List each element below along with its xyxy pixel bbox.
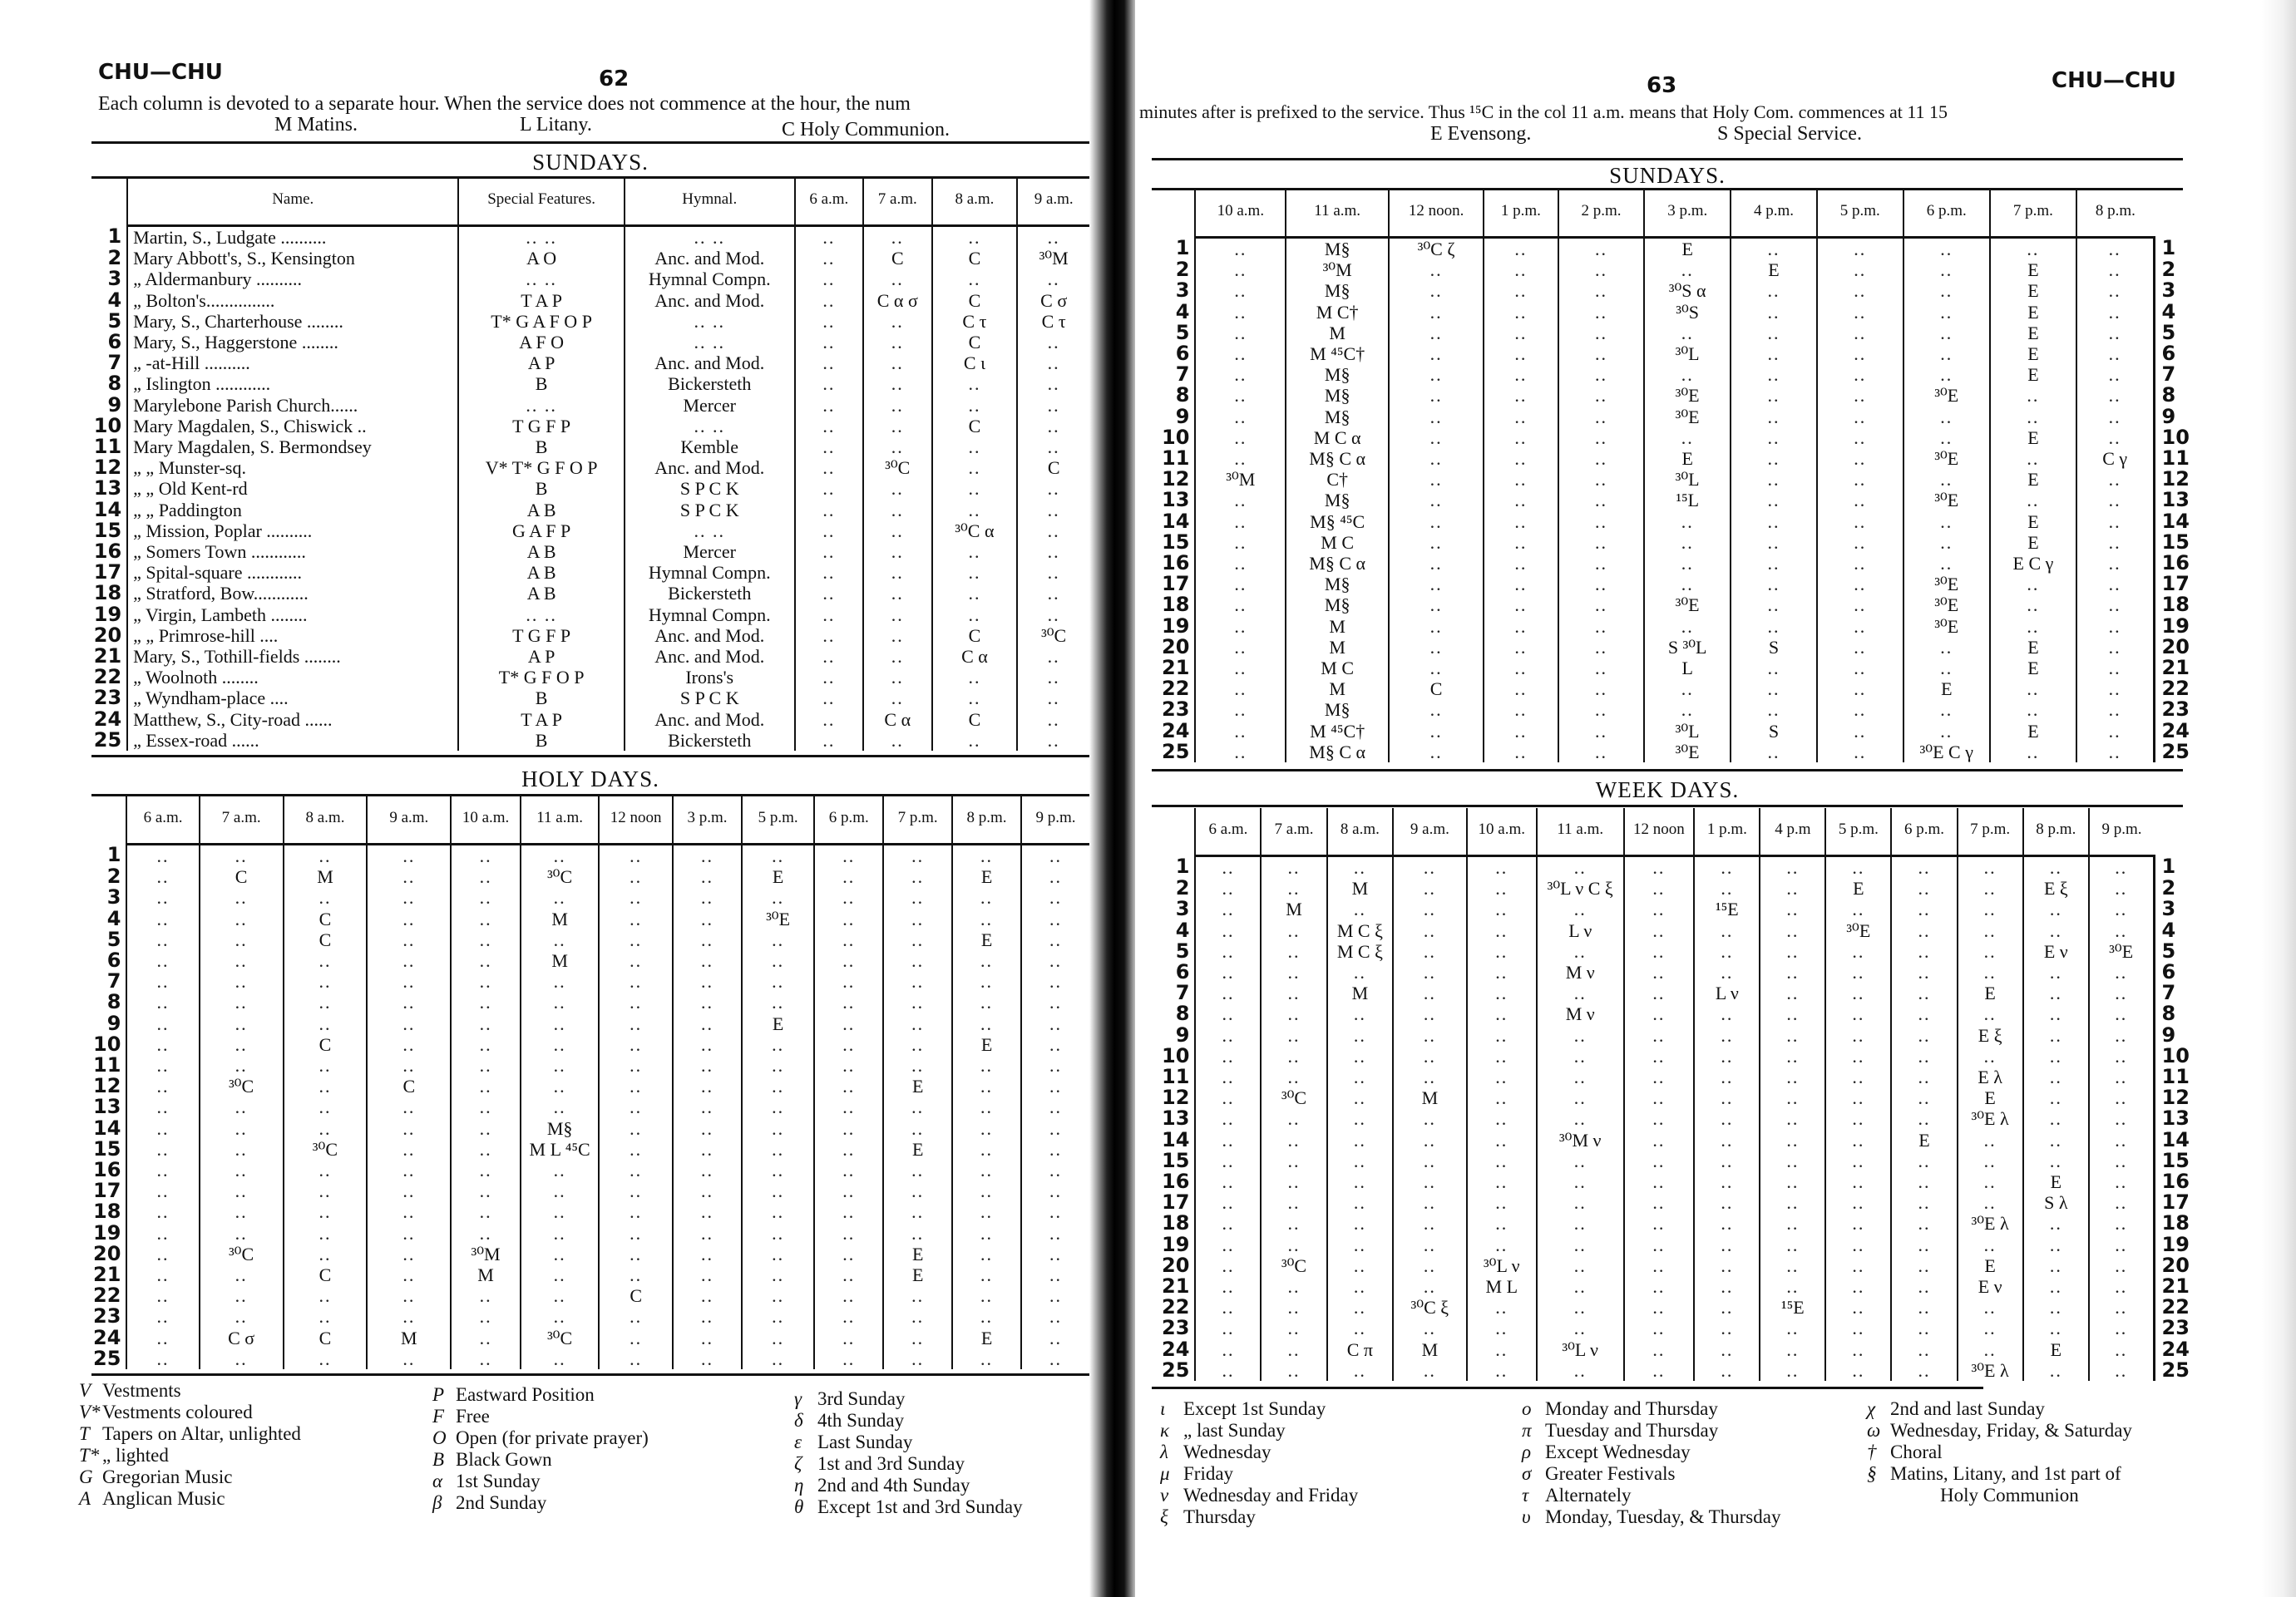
empty-cell: .. — [1484, 594, 1558, 615]
table-row: 7.......................... — [91, 971, 1089, 992]
table-cell: ³⁰E — [1644, 742, 1731, 762]
table-cell: M — [284, 866, 368, 887]
empty-cell: .. — [1017, 395, 1089, 416]
empty-cell: .. — [1017, 730, 1089, 751]
section-title-sundays: SUNDAYS. — [91, 150, 1089, 175]
table-cell: S λ — [2023, 1192, 2089, 1213]
empty-cell: .. — [1624, 962, 1695, 983]
empty-cell: .. — [883, 1285, 952, 1306]
empty-cell: .. — [1021, 971, 1089, 992]
table-row: 11Mary Magdalen, S. BermondseyBKemble...… — [91, 436, 1089, 457]
empty-cell: .. — [795, 352, 863, 373]
empty-cell: .. — [521, 1013, 599, 1034]
church-name: „ Mission, Poplar .......... — [127, 520, 458, 541]
empty-cell: .. — [2023, 1276, 2089, 1297]
table-cell: M§ — [1286, 280, 1389, 301]
empty-cell: .. — [1393, 941, 1466, 962]
empty-cell: .. — [1760, 1130, 1825, 1151]
row-number: 16 — [1160, 1171, 1195, 1192]
empty-cell: .. — [1624, 1235, 1695, 1255]
empty-cell: .. — [1891, 899, 1957, 919]
legend-item: §Matins, Litany, and 1st part of — [1867, 1463, 2132, 1485]
empty-cell: .. — [1261, 1025, 1326, 1046]
empty-cell: .. — [1958, 920, 2023, 941]
empty-cell: .. — [200, 1034, 284, 1055]
empty-cell: .. — [1760, 1108, 1825, 1129]
column-header: 1 p.m. — [1484, 190, 1558, 238]
table-row: 24Matthew, S., City-road ......T A PAnc.… — [91, 709, 1089, 730]
table-cell: M — [1327, 878, 1394, 899]
empty-cell: .. — [1484, 343, 1558, 364]
legend-item: λWednesday — [1160, 1442, 1358, 1463]
table-row: 10....C................E.. — [91, 1034, 1089, 1055]
empty-cell: .. — [883, 1055, 952, 1076]
empty-cell: .. — [1694, 1192, 1760, 1213]
empty-cell: .. — [1389, 302, 1484, 323]
table-cell: ³⁰C ζ — [1389, 238, 1484, 260]
row-number: 14 — [2154, 511, 2191, 532]
intro-text: Each column is devoted to a separate hou… — [98, 93, 911, 116]
table-cell: E ν — [1958, 1276, 2023, 1297]
empty-cell: .. — [883, 950, 952, 971]
legend-text: „ last Sunday — [1183, 1420, 1286, 1441]
empty-cell: .. — [126, 1013, 199, 1034]
empty-cell: .. — [1694, 1003, 1760, 1024]
empty-cell: .. — [863, 541, 931, 562]
empty-cell: .. — [1903, 343, 1990, 364]
empty-cell: .. — [1694, 1213, 1760, 1234]
empty-cell: .. — [1467, 1192, 1537, 1213]
row-number: 20 — [1160, 1255, 1195, 1276]
empty-cell: .. — [1195, 899, 1261, 919]
row-number: 2 — [2154, 259, 2191, 280]
empty-cell: .. — [1467, 899, 1537, 919]
empty-cell: .. — [521, 1076, 599, 1097]
empty-cell: .. — [742, 1160, 814, 1180]
empty-cell: .. — [1195, 385, 1286, 406]
empty-cell: .. — [451, 1180, 521, 1201]
empty-cell: .. — [2089, 1130, 2154, 1151]
empty-cell: .. — [952, 845, 1021, 867]
empty-cell: .. — [284, 1055, 368, 1076]
empty-cell: .. — [367, 1013, 451, 1034]
legend-symbol: λ — [1160, 1442, 1183, 1463]
table-cell: M§ — [1286, 385, 1389, 406]
legend-item: οMonday and Thursday — [1522, 1398, 1780, 1420]
legend-item: δ4th Sunday — [794, 1410, 1023, 1432]
row-number: 3 — [91, 887, 126, 908]
empty-cell: .. — [1484, 448, 1558, 469]
table-cell: E — [1644, 238, 1731, 260]
empty-cell: .. — [1537, 1297, 1624, 1318]
empty-cell: .. — [1644, 699, 1731, 720]
row-number: 2 — [2154, 878, 2191, 899]
empty-cell: .. — [1624, 1130, 1695, 1151]
table-cell: C† — [1286, 469, 1389, 490]
empty-cell: .. — [1891, 1087, 1957, 1108]
table-cell: M§ C α — [1286, 553, 1389, 574]
row-number: 4 — [2154, 920, 2191, 941]
table-cell: C — [932, 625, 1018, 646]
empty-cell: .. — [742, 1328, 814, 1348]
empty-cell: .. — [742, 1264, 814, 1285]
row-number: 18 — [1160, 1213, 1195, 1234]
empty-cell: .. — [1694, 1151, 1760, 1171]
empty-cell: .. — [1021, 1160, 1089, 1180]
empty-cell: .. — [1624, 1339, 1695, 1360]
empty-cell: .. — [1017, 646, 1089, 667]
column-header: 7 p.m. — [1990, 190, 2076, 238]
empty-cell: .. — [1021, 1201, 1089, 1222]
empty-cell: .. — [1990, 616, 2076, 637]
table-cell: Hymnal Compn. — [625, 562, 795, 583]
church-name: „ Woolnoth ........ — [127, 667, 458, 688]
empty-cell: .. — [814, 1201, 883, 1222]
empty-cell: .. — [1760, 1192, 1825, 1213]
empty-cell: .. — [1537, 1108, 1624, 1129]
empty-cell: .. — [1021, 1306, 1089, 1327]
table-row: 11.......................... — [91, 1055, 1089, 1076]
empty-cell: .. — [952, 1013, 1021, 1034]
empty-cell: .. — [1484, 259, 1558, 280]
empty-cell: .. — [795, 332, 863, 352]
legend-item: ζ1st and 3rd Sunday — [794, 1453, 1023, 1475]
row-number: 9 — [1160, 1025, 1195, 1046]
empty-cell: .. — [2089, 983, 2154, 1003]
empty-cell: .. — [1760, 1318, 1825, 1338]
empty-cell: .. — [599, 1034, 673, 1055]
empty-cell: .. — [1017, 416, 1089, 436]
empty-cell: .. — [1817, 616, 1903, 637]
table-cell: ³⁰E — [742, 909, 814, 929]
table-row: 8.......................... — [91, 992, 1089, 1013]
empty-cell: .. — [1558, 385, 1645, 406]
empty-cell: .. — [126, 1160, 199, 1180]
legend-text: 1st Sunday — [456, 1471, 541, 1491]
empty-cell: .. — [932, 541, 1018, 562]
empty-cell: .. — [1694, 856, 1760, 879]
empty-cell: .. — [2076, 469, 2154, 490]
empty-cell: .. — [2089, 1108, 2154, 1129]
empty-cell: .. — [1195, 343, 1286, 364]
table-cell: M§ — [1286, 238, 1389, 260]
empty-cell: .. — [2076, 280, 2154, 301]
row-number: 21 — [2154, 1276, 2191, 1297]
empty-cell: .. — [451, 866, 521, 887]
empty-cell: .. — [1903, 721, 1990, 742]
empty-cell: .. — [521, 1034, 599, 1055]
empty-cell: .. — [126, 1076, 199, 1097]
empty-cell: .. — [795, 290, 863, 311]
empty-cell: .. — [1624, 1025, 1695, 1046]
empty-cell: .. — [367, 1139, 451, 1160]
row-number: 20 — [91, 1244, 126, 1264]
empty-cell: .. — [1825, 1151, 1891, 1171]
row-number: 12 — [2154, 1087, 2191, 1108]
empty-cell: .. — [1389, 574, 1484, 594]
table-cell: E — [1990, 721, 2076, 742]
empty-cell: .. — [1327, 1192, 1394, 1213]
row-number: 17 — [2154, 574, 2191, 594]
empty-cell: .. — [1389, 323, 1484, 343]
empty-cell: .. — [1327, 1318, 1394, 1338]
empty-cell: .. — [200, 887, 284, 908]
empty-cell: .. — [1903, 302, 1990, 323]
table-cell: L — [1644, 658, 1731, 678]
table-cell: Anc. and Mod. — [625, 457, 795, 478]
empty-cell: .. — [1825, 941, 1891, 962]
empty-cell: .. — [1958, 878, 2023, 899]
legend-item: νWednesday and Friday — [1160, 1485, 1358, 1506]
empty-cell: .. — [1195, 364, 1286, 385]
empty-cell: .. — [883, 1328, 952, 1348]
row-number: 5 — [91, 929, 126, 950]
empty-cell: .. — [952, 1180, 1021, 1201]
row-number: 18 — [1160, 594, 1195, 615]
empty-cell: .. — [126, 1180, 199, 1201]
church-name: „ Somers Town ............ — [127, 541, 458, 562]
table-cell: C — [200, 866, 284, 887]
row-number: 18 — [91, 1201, 126, 1222]
empty-cell: .. — [1694, 920, 1760, 941]
empty-cell: .. — [883, 1118, 952, 1139]
legend-item: μFriday — [1160, 1463, 1358, 1485]
row-number: 14 — [91, 500, 127, 520]
legend-item: GGregorian Music — [79, 1466, 301, 1488]
empty-cell: .. — [1537, 1318, 1624, 1338]
table-cell: ³⁰C — [1261, 1255, 1326, 1276]
empty-cell: .. — [1694, 1360, 1760, 1381]
empty-cell: .. — [284, 1160, 368, 1180]
empty-cell: .. — [1624, 920, 1695, 941]
legend-text: Eastward Position — [456, 1384, 595, 1405]
empty-cell: .. — [284, 845, 368, 867]
empty-cell: .. — [1624, 1003, 1695, 1024]
legend-item: FFree — [432, 1406, 649, 1427]
empty-cell: .. — [200, 992, 284, 1013]
table-cell: C — [932, 248, 1018, 269]
empty-cell: .. — [1021, 1223, 1089, 1244]
empty-cell: .. — [1694, 1067, 1760, 1087]
empty-cell: .. — [1195, 532, 1286, 553]
empty-cell: .. — [742, 1097, 814, 1117]
empty-cell: .. — [742, 887, 814, 908]
empty-cell: .. — [1484, 385, 1558, 406]
church-name: „ „ Old Kent-rd — [127, 478, 458, 499]
empty-cell: .. — [1327, 1087, 1394, 1108]
empty-cell: .. — [599, 1264, 673, 1285]
table-cell: Kemble — [625, 436, 795, 457]
table-row: 1............................1 — [1160, 856, 2191, 879]
empty-cell: .. — [284, 1013, 368, 1034]
row-number: 13 — [2154, 490, 2191, 510]
legend-text: Wednesday, Friday, & Saturday — [1890, 1420, 2132, 1441]
empty-cell: .. — [1389, 594, 1484, 615]
row-number: 13 — [1160, 1108, 1195, 1129]
table-cell: C — [1389, 678, 1484, 699]
empty-cell: .. — [1825, 1067, 1891, 1087]
table-cell: M C α — [1286, 427, 1389, 448]
empty-cell: .. — [284, 1201, 368, 1222]
table-cell: ³⁰E — [1903, 385, 1990, 406]
empty-cell: .. — [1558, 678, 1645, 699]
empty-cell: .. — [1825, 856, 1891, 879]
empty-cell: .. — [1731, 343, 1817, 364]
empty-cell: .. — [814, 887, 883, 908]
empty-cell: .. — [1484, 532, 1558, 553]
table-row: 25„ Essex-road ......BBickersteth.......… — [91, 730, 1089, 751]
empty-cell: .. — [521, 1264, 599, 1285]
empty-cell: .. — [1760, 1339, 1825, 1360]
table-cell: E — [883, 1076, 952, 1097]
empty-cell: .. — [2023, 1046, 2089, 1067]
table-row: 13..M§......¹⁵L....³⁰E....13 — [1160, 490, 2191, 510]
church-name: Martin, S., Ludgate .......... — [127, 226, 458, 249]
legend-symbol: ρ — [1522, 1442, 1545, 1463]
legend-col-1: VVestmentsV*Vestments colouredTTapers on… — [79, 1380, 301, 1510]
empty-cell: .. — [795, 436, 863, 457]
empty-cell: .. — [1731, 302, 1817, 323]
table-row: 16.......................... — [91, 1160, 1089, 1180]
table-cell: ³⁰M ν — [1537, 1130, 1624, 1151]
empty-cell: .. — [1731, 742, 1817, 762]
empty-cell: .. — [952, 1160, 1021, 1180]
page-62: CHU—CHU 62 Each column is devoted to a s… — [0, 0, 1114, 1597]
table-row: 6Mary, S., Haggerstone ........A F O.. .… — [91, 332, 1089, 352]
empty-cell: .. — [1327, 1108, 1394, 1129]
empty-cell: .. — [451, 1306, 521, 1327]
legend-symbol: π — [1522, 1420, 1545, 1442]
table-row: 23............................23 — [1160, 1318, 2191, 1338]
empty-cell: .. — [1817, 678, 1903, 699]
empty-cell: .. — [1467, 1297, 1537, 1318]
table-cell: M C — [1286, 532, 1389, 553]
table-row: 25......................³⁰E λ....25 — [1160, 1360, 2191, 1381]
legend-item: η2nd and 4th Sunday — [794, 1475, 1023, 1496]
empty-cell: .. — [742, 950, 814, 971]
table-cell: C α — [932, 646, 1018, 667]
empty-cell: .. — [883, 992, 952, 1013]
empty-cell: .. — [863, 373, 931, 394]
table-row: 1..M§³⁰C ζ....E..........1 — [1160, 238, 2191, 260]
row-number: 11 — [91, 436, 127, 457]
table-cell: E — [883, 1139, 952, 1160]
empty-cell: .. — [883, 1160, 952, 1180]
empty-cell: .. — [367, 929, 451, 950]
table-cell: ³⁰C — [200, 1076, 284, 1097]
empty-cell: .. — [1825, 1255, 1891, 1276]
empty-cell: .. — [1261, 941, 1326, 962]
empty-cell: .. — [1467, 1213, 1537, 1234]
legend-symbol: μ — [1160, 1463, 1183, 1485]
row-number: 14 — [1160, 1130, 1195, 1151]
empty-cell: .. — [1467, 1025, 1537, 1046]
empty-cell: .. — [1261, 1130, 1326, 1151]
row-number-header — [91, 796, 126, 845]
empty-cell: .. — [1624, 1255, 1695, 1276]
empty-cell: .. — [1261, 1276, 1326, 1297]
empty-cell: .. — [1558, 742, 1645, 762]
empty-cell: .. — [1817, 637, 1903, 658]
table-cell: M§ — [1286, 574, 1389, 594]
empty-cell: .. — [1537, 1025, 1624, 1046]
table-cell: A B — [458, 562, 625, 583]
empty-cell: .. — [1467, 983, 1537, 1003]
empty-cell: .. — [1393, 1213, 1466, 1234]
empty-cell: .. — [814, 845, 883, 867]
table-cell: C — [932, 290, 1018, 311]
empty-cell: .. — [1389, 699, 1484, 720]
column-header: 4 p.m. — [1731, 190, 1817, 238]
table-cell: Irons's — [625, 667, 795, 688]
empty-cell: .. — [1731, 616, 1817, 637]
empty-cell: .. — [521, 887, 599, 908]
empty-cell: .. — [126, 1097, 199, 1117]
table-cell: E — [952, 866, 1021, 887]
empty-cell: .. — [1017, 352, 1089, 373]
empty-cell: .. — [1195, 448, 1286, 469]
empty-cell: .. — [1195, 238, 1286, 260]
table-cell: C α σ — [863, 290, 931, 311]
empty-cell: .. — [673, 866, 742, 887]
row-number: 6 — [2154, 343, 2191, 364]
empty-cell: .. — [1261, 1067, 1326, 1087]
legend-symbol: F — [432, 1406, 456, 1427]
empty-cell: .. — [1990, 594, 2076, 615]
empty-cell: .. — [1903, 407, 1990, 427]
table-row: 16........................E..16 — [1160, 1171, 2191, 1192]
empty-cell: .. — [883, 1223, 952, 1244]
empty-cell: .. — [451, 1034, 521, 1055]
empty-cell: .. — [863, 352, 931, 373]
empty-cell: .. — [126, 1264, 199, 1285]
legend-item: TTapers on Altar, unlighted — [79, 1423, 301, 1445]
page-number: 63 — [1647, 73, 1676, 98]
empty-cell: .. — [795, 646, 863, 667]
empty-cell: .. — [1393, 1235, 1466, 1255]
empty-cell: .. — [1731, 594, 1817, 615]
row-number: 2 — [1160, 878, 1195, 899]
table-cell: E — [2023, 1171, 2089, 1192]
church-name: Marylebone Parish Church...... — [127, 395, 458, 416]
empty-cell: .. — [1990, 678, 2076, 699]
row-number: 21 — [1160, 658, 1195, 678]
table-cell: ³⁰E λ — [1958, 1213, 2023, 1234]
empty-cell: .. — [1389, 553, 1484, 574]
empty-cell: .. — [1891, 1108, 1957, 1129]
table-row: 21..M C......L......E..21 — [1160, 658, 2191, 678]
empty-cell: .. — [1327, 1235, 1394, 1255]
empty-cell: .. — [814, 971, 883, 992]
table-cell: ³⁰E — [1903, 448, 1990, 469]
table-row: 6..M ⁴⁵C†......³⁰L......E..6 — [1160, 343, 2191, 364]
empty-cell: .. — [1891, 1025, 1957, 1046]
empty-cell: .. — [200, 971, 284, 992]
empty-cell: .. — [1694, 1046, 1760, 1067]
table-cell: S P C K — [625, 478, 795, 499]
table-cell: M L ⁴⁵C — [521, 1139, 599, 1160]
empty-cell: .. — [1195, 594, 1286, 615]
empty-cell: .. — [1958, 856, 2023, 879]
empty-cell: .. — [742, 1201, 814, 1222]
row-number: 20 — [1160, 637, 1195, 658]
empty-cell: .. — [126, 1285, 199, 1306]
column-header: 8 p.m. — [2076, 190, 2154, 238]
legend-item: β2nd Sunday — [432, 1492, 649, 1514]
empty-cell: .. — [599, 1223, 673, 1244]
empty-cell: .. — [795, 562, 863, 583]
legend-text: Alternately — [1545, 1485, 1631, 1506]
